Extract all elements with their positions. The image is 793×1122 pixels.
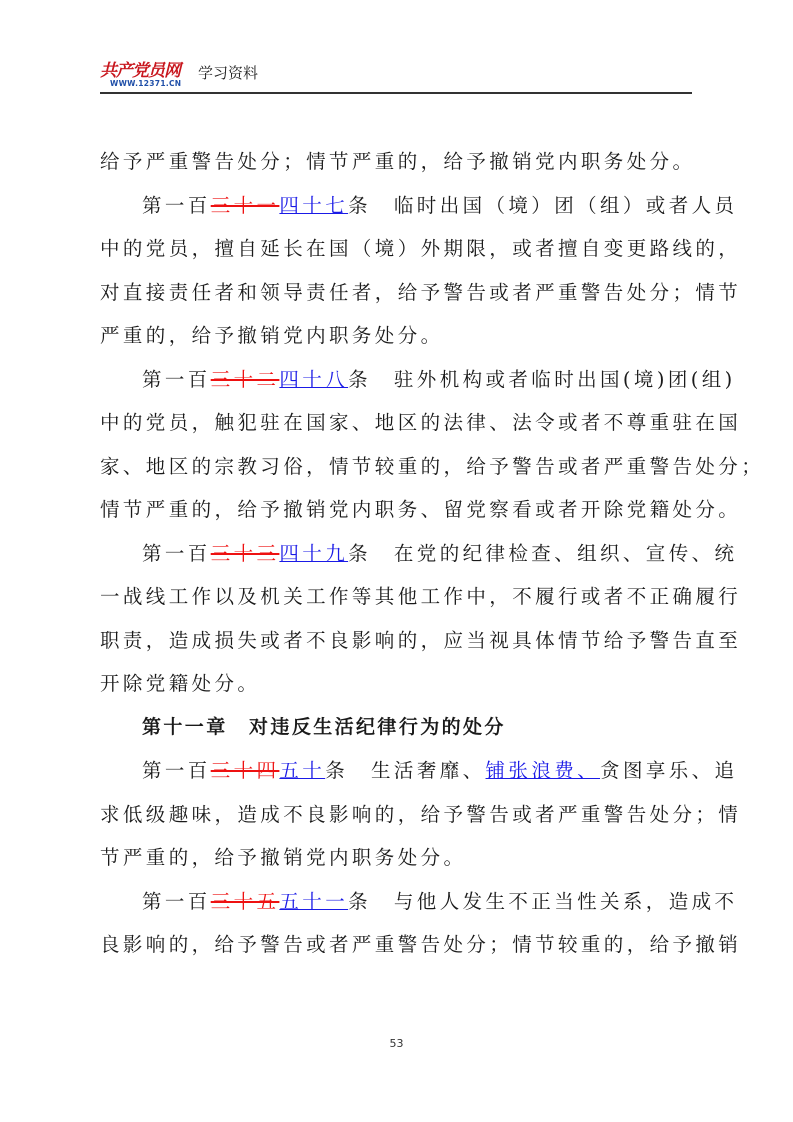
inserted-text: 四十七: [279, 194, 348, 217]
text-line: 良影响的，给予警告或者严重警告处分；情节较重的，给予撤销: [100, 923, 694, 967]
chapter-heading: 第十一章 对违反生活纪律行为的处分: [100, 706, 694, 750]
article-first-line: 第一百三十四五十条 生活奢靡、铺张浪费、贪图享乐、追: [100, 749, 694, 793]
article-prefix: 第一百: [142, 890, 211, 913]
inserted-text: 铺张浪费、: [486, 759, 601, 782]
article-text: 贪图享乐、追: [600, 759, 737, 782]
article-first-line: 第一百三十五五十一条 与他人发生不正当性关系，造成不: [100, 880, 694, 924]
text-line: 给予严重警告处分；情节严重的，给予撤销党内职务处分。: [100, 140, 694, 184]
article-text: 条 驻外机构或者临时出国(境)团(组): [348, 368, 736, 391]
deleted-text: 三十三: [211, 542, 280, 565]
header-divider: [100, 92, 692, 94]
article-prefix: 第一百: [142, 194, 211, 217]
deleted-text: 三十五: [211, 890, 280, 913]
article-first-line: 第一百三十一四十七条 临时出国（境）团（组）或者人员: [100, 184, 694, 228]
article-first-line: 第一百三十三四十九条 在党的纪律检查、组织、宣传、统: [100, 532, 694, 576]
text-line: 求低级趣味，造成不良影响的，给予警告或者严重警告处分；情: [100, 793, 694, 837]
text-line: 中的党员，触犯驻在国家、地区的法律、法令或者不尊重驻在国: [100, 401, 694, 445]
article-147: 第一百三十一四十七条 临时出国（境）团（组）或者人员 中的党员，擅自延长在国（境…: [100, 184, 694, 358]
article-151: 第一百三十五五十一条 与他人发生不正当性关系，造成不 良影响的，给予警告或者严重…: [100, 880, 694, 967]
text-line: 中的党员，擅自延长在国（境）外期限，或者擅自变更路线的，: [100, 227, 694, 271]
article-first-line: 第一百三十二四十八条 驻外机构或者临时出国(境)团(组): [100, 358, 694, 402]
chapter-number: 第十一章: [142, 716, 228, 738]
article-148: 第一百三十二四十八条 驻外机构或者临时出国(境)团(组) 中的党员，触犯驻在国家…: [100, 358, 694, 532]
article-text: 条 生活奢靡、: [325, 759, 485, 782]
chapter-title: 对违反生活纪律行为的处分: [249, 716, 506, 738]
text-line: 情节严重的，给予撤销党内职务、留党察看或者开除党籍处分。: [100, 488, 694, 532]
page-header: 共产党员网 WWW.12371.CN 学习资料: [100, 56, 692, 96]
site-logo: 共产党员网 WWW.12371.CN: [100, 56, 192, 92]
article-text: 条 与他人发生不正当性关系，造成不: [348, 890, 737, 913]
text-line: 严重的，给予撤销党内职务处分。: [100, 314, 694, 358]
article-150: 第一百三十四五十条 生活奢靡、铺张浪费、贪图享乐、追 求低级趣味，造成不良影响的…: [100, 749, 694, 880]
text-line: 节严重的，给予撤销党内职务处分。: [100, 836, 694, 880]
page-number: 53: [0, 1037, 793, 1050]
deleted-text: 三十一: [211, 194, 280, 217]
deleted-text: 三十二: [211, 368, 280, 391]
deleted-text: 三十四: [211, 759, 280, 782]
text-line: 对直接责任者和领导责任者，给予警告或者严重警告处分；情节: [100, 271, 694, 315]
document-body: 给予严重警告处分；情节严重的，给予撤销党内职务处分。 第一百三十一四十七条 临时…: [100, 140, 694, 967]
inserted-text: 四十九: [279, 542, 348, 565]
inserted-text: 五十: [279, 759, 325, 782]
article-text: 条 临时出国（境）团（组）或者人员: [348, 194, 737, 217]
inserted-text: 五十一: [279, 890, 348, 913]
text-line: 开除党籍处分。: [100, 662, 694, 706]
header-title: 学习资料: [198, 62, 258, 83]
text-line: 职责，造成损失或者不良影响的，应当视具体情节给予警告直至: [100, 619, 694, 663]
article-text: 条 在党的纪律检查、组织、宣传、统: [348, 542, 737, 565]
article-prefix: 第一百: [142, 542, 211, 565]
article-prefix: 第一百: [142, 368, 211, 391]
text-line: 家、地区的宗教习俗，情节较重的，给予警告或者严重警告处分；: [100, 445, 694, 489]
article-prefix: 第一百: [142, 759, 211, 782]
inserted-text: 四十八: [279, 368, 348, 391]
text-line: 一战线工作以及机关工作等其他工作中，不履行或者不正确履行: [100, 575, 694, 619]
article-149: 第一百三十三四十九条 在党的纪律检查、组织、宣传、统 一战线工作以及机关工作等其…: [100, 532, 694, 706]
logo-url: WWW.12371.CN: [110, 79, 181, 88]
logo-text: 共产党员网: [100, 56, 180, 81]
